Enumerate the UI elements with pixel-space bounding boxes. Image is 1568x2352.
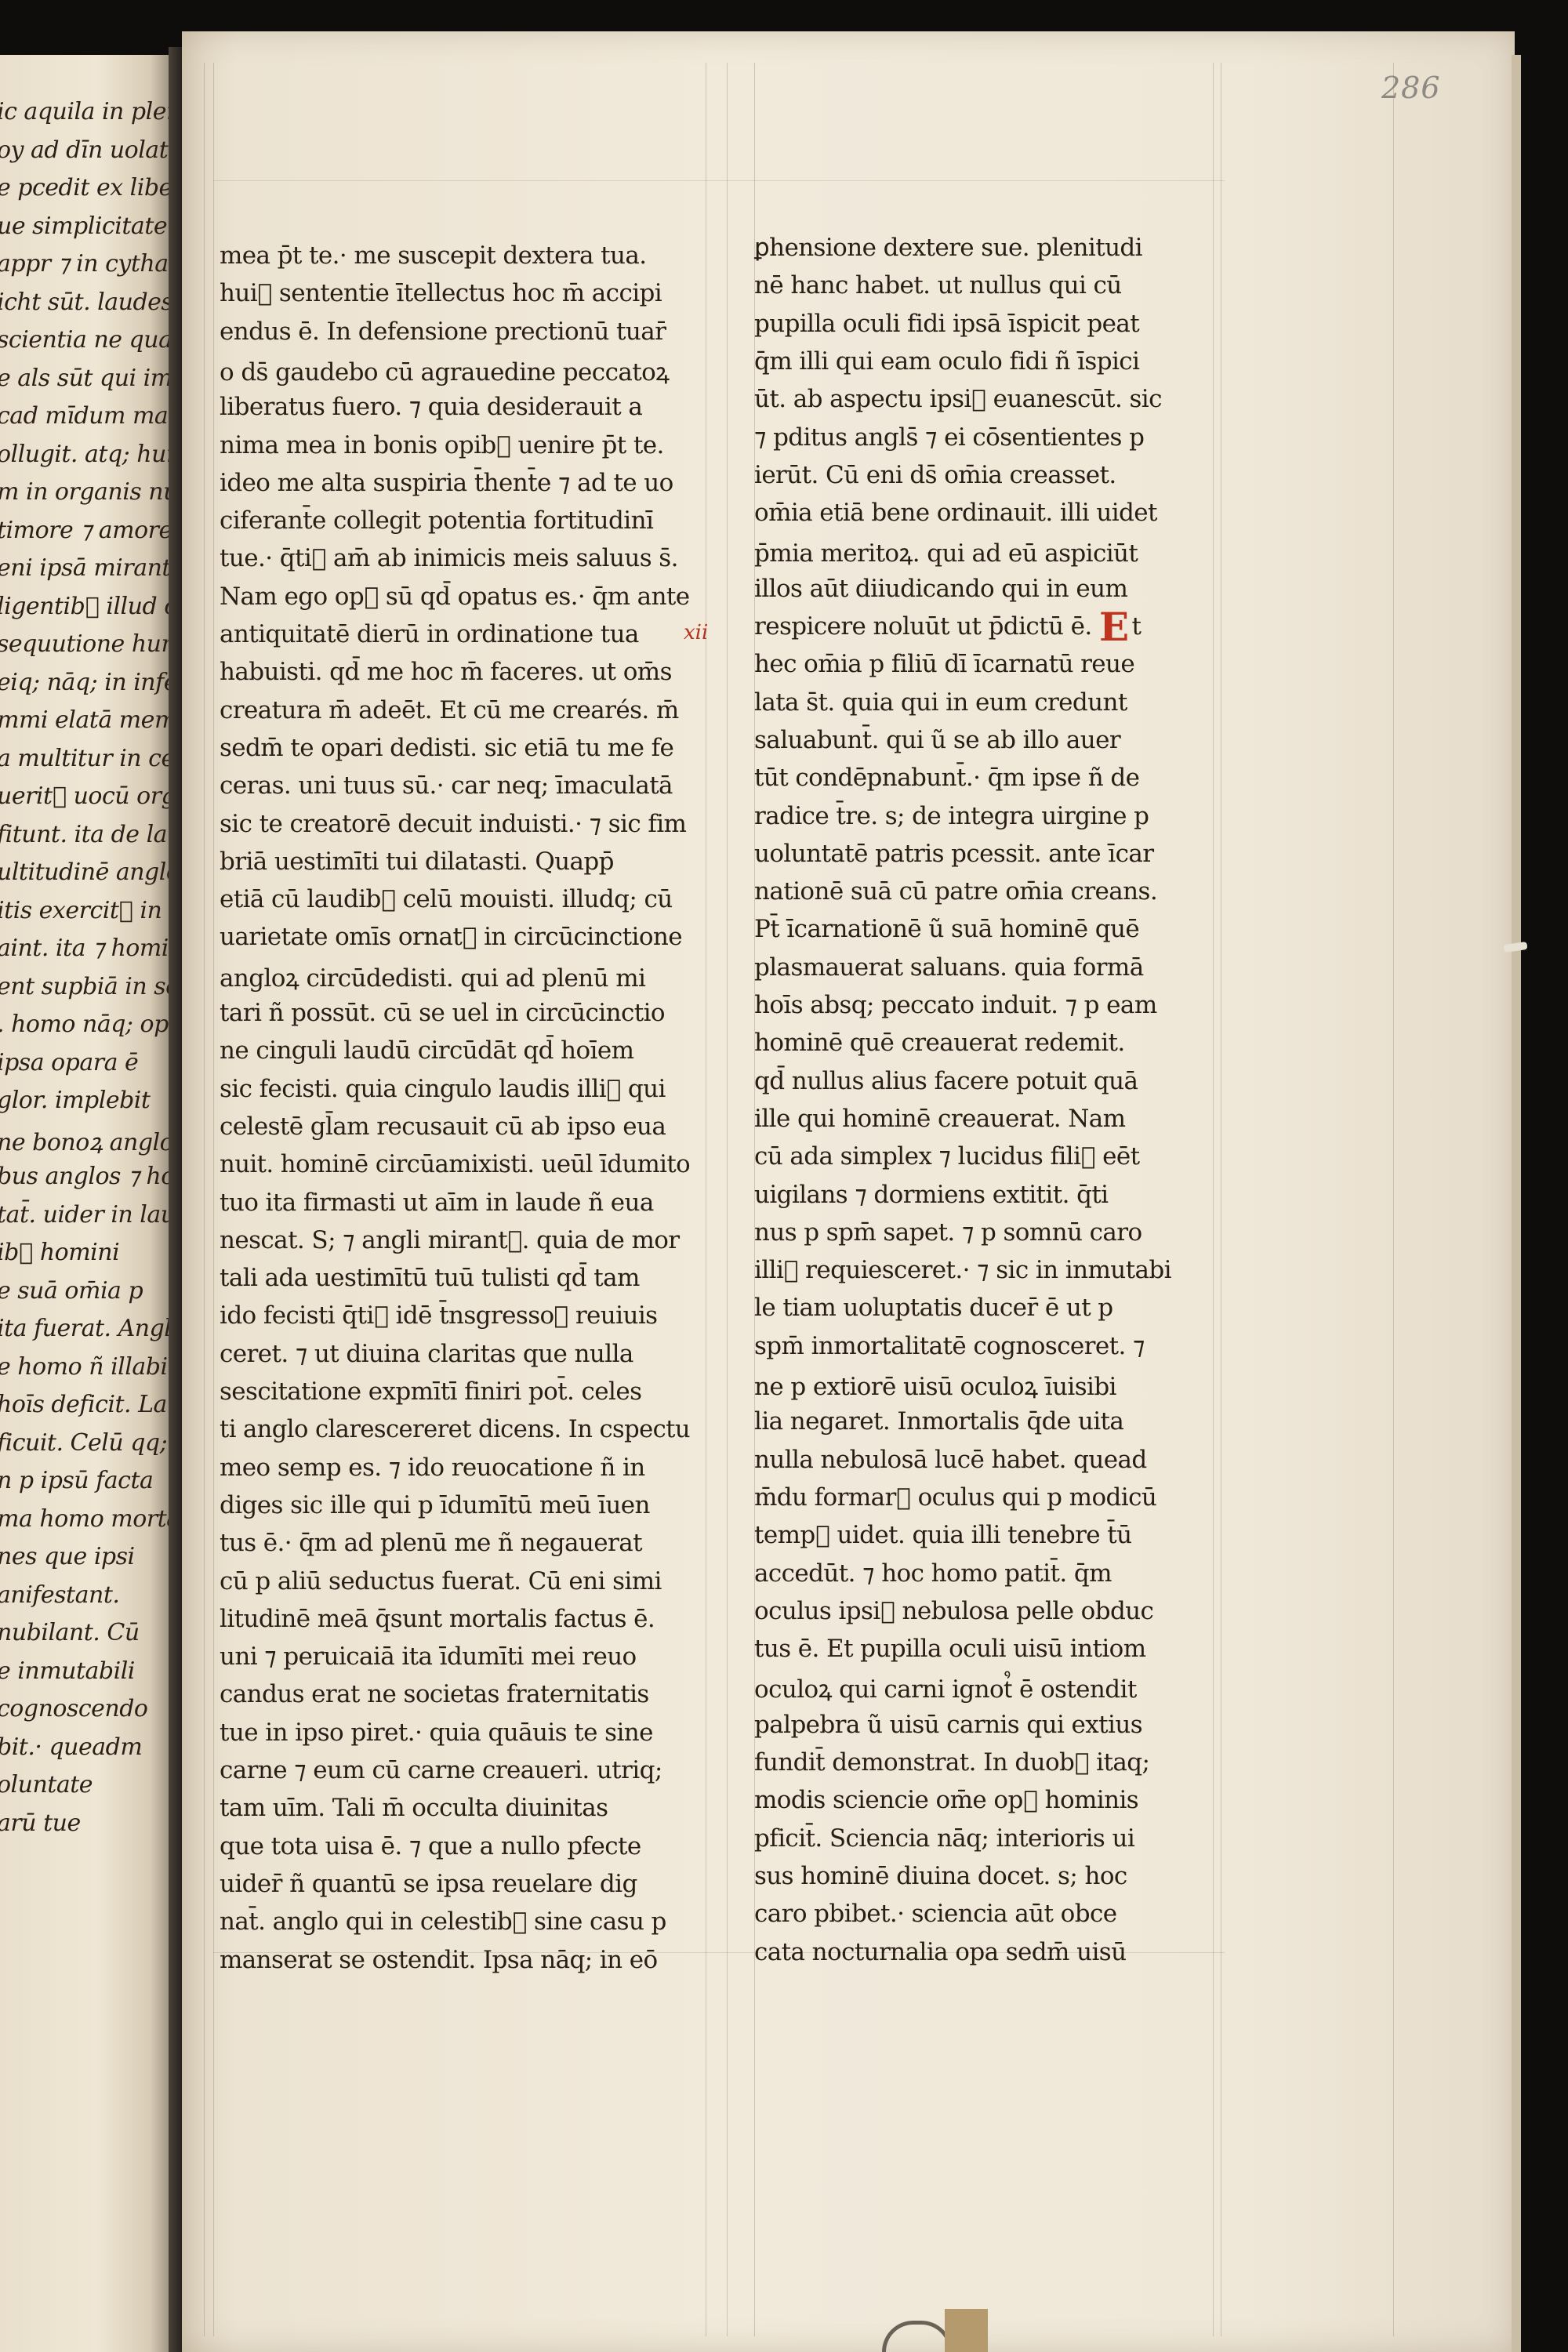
text-line: litudinē meā q̄sunt mortalis factus ē. <box>220 1605 655 1633</box>
facing-page-line: ib᷒ homini <box>0 1239 119 1266</box>
facing-page-line: sequutione humor <box>0 630 176 658</box>
facing-page-line: . homo nāq; op᷒ <box>0 1011 176 1038</box>
manuscript-folio: 286 mea p̄t te.· me suscepit dextera tua… <box>182 31 1515 2352</box>
text-line: sic fecisti. quia cingulo laudis illi᷒ q… <box>220 1075 666 1103</box>
text-line: sic te creatorē decuit induisti.· ⁊ sic … <box>220 810 686 838</box>
facing-page-line: scientia ne quaquā <box>0 326 176 354</box>
text-line: pupilla oculi fidi ipsā īspicit peat <box>754 310 1139 338</box>
initial-continuation: t <box>1131 612 1141 641</box>
text-line: Pt̄ īcarnationē ũ suā hominē quē <box>754 915 1139 943</box>
text-line: manserat se ostendit. Ipsa nāq; in eō <box>220 1946 658 1974</box>
ruling-line <box>213 180 1225 181</box>
facing-page-line: e inmutabili <box>0 1657 135 1685</box>
text-line: nē hanc habet. ut nullus qui cū <box>754 271 1122 299</box>
text-line: ciferant̄e collegit potentia fortitudinī <box>220 506 653 535</box>
facing-page-line: e homo ñ illabit <box>0 1353 176 1381</box>
text-line: tue in ipso piret.· quia quāuis te sine <box>220 1719 653 1747</box>
text-line: sescitatione expmītī finiri pot̄. celes <box>220 1377 641 1406</box>
facing-page-line: e suā om̄ia p <box>0 1277 143 1305</box>
text-line: angloꝝ circūdedisti. qui ad plenū mi <box>220 961 645 994</box>
text-line: que tota uisa ē. ⁊ que a nullo pfecte <box>220 1832 641 1860</box>
text-line: ūt. ab aspectu ipsi᷒ euanescūt. sic <box>754 385 1162 413</box>
facing-page-line: ic aquila in pleno <box>0 98 176 125</box>
text-line: o ds̄ gaudebo cū agrauedine peccatoꝝ <box>220 355 669 388</box>
ruling-line <box>706 63 706 2336</box>
text-line: plasmauerat saluans. quia formā <box>754 953 1144 982</box>
text-line: lia negaret. Inmortalis q̄de uita <box>754 1407 1123 1436</box>
text-line: respicere noluūt ut p̄dictū ē. Et <box>754 612 1141 641</box>
text-line: fundit̄ demonstrat. In duob᷒ itaq; <box>754 1748 1149 1777</box>
text-line: tari ñ possūt. cū se uel in circūcinctio <box>220 999 665 1027</box>
text-line: endus ē. In defensione prectionū tuar̄ <box>220 318 666 346</box>
text-line: accedūt. ⁊ hoc homo patit̄. q̄m <box>754 1559 1112 1588</box>
facing-page-line: ficuit. Celū qq; <box>0 1429 167 1457</box>
text-line: carne ⁊ eum cū carne creaueri. utriq; <box>220 1756 662 1784</box>
facing-page-line: ultitudinē anglo <box>0 858 176 886</box>
ruling-line <box>204 63 205 2336</box>
facing-page-line: n p ipsū facta <box>0 1467 153 1494</box>
text-line: Nam ego op᷒ sū qd̄ opatus es.· q̄m ante <box>220 583 690 611</box>
text-line: ideo me alta suspiria t̄hent̄e ⁊ ad te u… <box>220 469 673 497</box>
facing-page-line: mmi elatā memīi <box>0 706 176 734</box>
facing-page-line: m in organis nulli <box>0 478 176 506</box>
folio-number: 286 <box>1381 71 1441 105</box>
page-tab-marker <box>945 2309 988 2352</box>
text-line: illi᷒ requiesceret.· ⁊ sic in inmutabi <box>754 1256 1171 1284</box>
text-line: uarietate omīs ornat᷒ in circūcinctione <box>220 923 682 951</box>
text-line: q̄m illi qui eam oculo fidi ñ īspici <box>754 347 1139 376</box>
ruling-line <box>727 63 728 2336</box>
text-line: modis sciencie om̄e op᷒ hominis <box>754 1786 1138 1814</box>
text-line: ti anglo clarescereret dicens. In cspect… <box>220 1415 690 1443</box>
text-line: p̄mia meritoꝝ. qui ad eū aspiciūt <box>754 536 1138 569</box>
text-line: hominē quē creauerat redemit. <box>754 1029 1125 1057</box>
text-line: hui᷒ sententie ītellectus hoc m̄ accipi <box>220 279 662 307</box>
text-line: hoīs absq; peccato induit. ⁊ p eam <box>754 991 1157 1019</box>
text-line: ille qui hominē creauerat. Nam <box>754 1105 1125 1133</box>
text-line: antiquitatē dierū in ordinatione tua <box>220 620 639 648</box>
text-line: oculoꝝ qui carni ignot᷒ ē ostendit <box>754 1672 1137 1705</box>
facing-page-line: bit.· queadm <box>0 1733 142 1761</box>
text-line: nationē suā cū patre om̄ia creans. <box>754 877 1157 906</box>
text-line: nus p spm̄ sapet. ⁊ p somnū caro <box>754 1218 1142 1247</box>
folio-edge <box>1512 55 1521 2352</box>
text-line: briā uestimīti tui dilatasti. Quapp̄ <box>220 848 614 876</box>
facing-page-line: bus anglos ⁊ hoi <box>0 1163 176 1190</box>
text-line: ⁊ pditus angls̄ ⁊ ei cōsentientes p <box>754 423 1144 452</box>
facing-page-line: fitunt. ita de laudes <box>0 821 176 848</box>
text-line: tam uīm. Tali m̄ occulta diuinitas <box>220 1794 608 1822</box>
facing-page-line: oluntate <box>0 1771 93 1798</box>
text-line: meo semp es. ⁊ ido reuocatione ñ in <box>220 1454 645 1482</box>
facing-page-line: nubilant. Cū <box>0 1619 140 1646</box>
marginal-rubric-numeral: xii <box>684 621 708 644</box>
text-line: nescat. S; ⁊ angli mirant᷒. quia de mor <box>220 1226 680 1254</box>
facing-page-line: eni ipsā mirantes <box>0 554 176 582</box>
text-line: tus ē. Et pupilla oculi uisū intiom <box>754 1635 1146 1663</box>
facing-page-line: a multitur in celo <box>0 745 176 772</box>
text-line: om̄ia etiā bene ordinauit. illi uidet <box>754 499 1157 527</box>
text-line: tus ē.· q̄m ad plenū me ñ negauerat <box>220 1529 642 1557</box>
facing-page-line: ollugit. atq; humilia <box>0 441 176 468</box>
text-line: saluabunt̄. qui ũ se ab illo auer <box>754 726 1120 754</box>
facing-page-line: ipsa opara ē <box>0 1049 138 1076</box>
text-line: illos aūt diiudicando qui in eum <box>754 575 1127 603</box>
facing-page-line: nes que ipsi <box>0 1543 135 1570</box>
facing-page-line: e pcedit ex liberu <box>0 174 176 201</box>
facing-page-line: anifestant. <box>0 1581 119 1609</box>
text-line: caro pbibet.· sciencia aūt obce <box>754 1900 1116 1928</box>
text-line: pficit̄. Sciencia nāq; interioris ui <box>754 1824 1134 1853</box>
text-line: candus erat ne societas fraternitatis <box>220 1680 649 1708</box>
ruling-line <box>213 63 214 2336</box>
text-line: radice t̄re. s; de integra uirgine p <box>754 802 1149 830</box>
facing-page-line: ita fuerat. Angls <box>0 1315 176 1342</box>
facing-page-line: cad mīdum manip <box>0 402 176 430</box>
text-line: m̄du formar᷒ oculus qui p modicū <box>754 1483 1156 1512</box>
text-line: cata nocturnalia opa sedm̄ uisū <box>754 1938 1126 1966</box>
text-line: lata s̄t. quia qui in eum credunt <box>754 688 1127 717</box>
text-line: sedm̄ te opari dedisti. sic etiā tu me f… <box>220 734 673 762</box>
ruling-line <box>1221 63 1221 2336</box>
text-line: ne p extiorē uisū oculoꝝ īuisibi <box>754 1370 1116 1403</box>
text-line: ceras. uni tuus sū.· car neq; īmaculatā <box>220 771 673 800</box>
facing-page-line: aint. ita ⁊ homin <box>0 935 176 962</box>
text-line: etiā cū laudib᷒ celū mouisti. illudq; cū <box>220 885 673 913</box>
facing-page-line: itis exercit᷒ in <box>0 897 162 924</box>
text-line: celestē gl̄am recusauit cū ab ipso eua <box>220 1112 666 1141</box>
facing-page-line: icht sūt. laudes uerbo <box>0 289 176 316</box>
text-line: hec om̄ia p filiū dī īcarnatū reue <box>754 650 1134 678</box>
facing-page-line: arū tue <box>0 1809 81 1837</box>
text-line: ido fecisti q̄ti᷒ idē t̄nsgressoꝝ reuiui… <box>220 1301 657 1330</box>
text-line: uider̄ ñ quantū se ipsa reuelare dig <box>220 1870 637 1898</box>
text-line: tali ada uestimītū tuū tulisti qd̄ tam <box>220 1264 640 1292</box>
facing-page-line: hoīs deficit. Laud <box>0 1391 176 1418</box>
text-line: tūt condēpnabunt̄.· q̄m ipse ñ de <box>754 764 1139 792</box>
text-line: le tiam uoluptatis ducer̄ ē ut p <box>754 1294 1113 1322</box>
text-line: nulla nebulosā lucē habet. quead <box>754 1446 1147 1474</box>
rubricated-initial: E <box>1099 615 1129 639</box>
text-line: habuisti. qd̄ me hoc m̄ faceres. ut om̄s <box>220 658 672 686</box>
text-line: cū p aliū seductus fuerat. Cū eni simi <box>220 1567 662 1595</box>
text-line: ꝑhensione dextere sue. plenitudi <box>754 234 1142 262</box>
facing-page-line: tat̄. uider in laud <box>0 1201 176 1229</box>
text-line: uigilans ⁊ dormiens extitit. q̄ti <box>754 1181 1109 1209</box>
text-line: oculus ipsi᷒ nebulosa pelle obduc <box>754 1597 1153 1625</box>
text-line: uoluntatē patris pcessit. ante īcar <box>754 840 1153 868</box>
facing-page-line: ue simplicitate dī <box>0 212 176 240</box>
facing-page-line: e als sūt qui imm <box>0 365 176 392</box>
ruling-line <box>1213 63 1214 2336</box>
facing-page: ic aquila in plenooy ad dīn uolat funde … <box>0 55 176 2352</box>
facing-page-line: ma homo mortali <box>0 1505 176 1533</box>
text-line: qd̄ nullus alius facere potuit quā <box>754 1067 1138 1095</box>
text-line: spm̄ inmortalitatē cognosceret. ⁊ <box>754 1332 1145 1360</box>
facing-page-line: ne bonoꝝ anglo <box>0 1125 173 1157</box>
facing-page-line: uerit᷒ uocū organa <box>0 782 176 810</box>
facing-page-line: cognoscendo <box>0 1695 148 1722</box>
text-line: sus hominē diuina docet. s; hoc <box>754 1862 1127 1890</box>
text-line: ierūt. Cū eni ds̄ om̄ia creasset. <box>754 461 1116 489</box>
text-line: tue.· q̄ti᷒ am̄ ab inimicis meis saluus … <box>220 544 678 572</box>
text-line: ne cinguli laudū circūdāt qd̄ hoīem <box>220 1036 633 1065</box>
facing-page-line: ent supbiā in se <box>0 973 176 1000</box>
facing-page-line: eiq; nāq; in infernū <box>0 669 176 696</box>
text-line: liberatus fuero. ⁊ quia desiderauit a <box>220 393 642 421</box>
facing-page-line: timore ⁊ amore <box>0 517 172 544</box>
facing-page-line: oy ad dīn uolat fund <box>0 136 176 164</box>
text-line: diges sic ille qui p īdumītū meū īuen <box>220 1491 650 1519</box>
facing-page-line: glor. implebit <box>0 1087 150 1114</box>
text-line: nuit. hominē circūamixisti. ueūl īdumito <box>220 1150 690 1178</box>
text-line: cū ada simplex ⁊ lucidus fili᷒ eēt <box>754 1142 1140 1171</box>
text-line: mea p̄t te.· me suscepit dextera tua. <box>220 241 647 270</box>
text-line: palpebra ũ uisū carnis qui extius <box>754 1711 1142 1739</box>
ruling-line <box>1393 63 1394 2336</box>
text-line: nima mea in bonis opib᷒ uenire p̄t te. <box>220 431 664 459</box>
text-line: tuo ita firmasti ut aīm in laude ñ eua <box>220 1189 654 1217</box>
text-line: nat̄. anglo qui in celestib᷒ sine casu p <box>220 1907 666 1936</box>
text-line: temp᷒ uidet. quia illi tenebre t̄ū <box>754 1521 1132 1549</box>
facing-page-line: ligentib᷒ illud cla <box>0 593 176 620</box>
text-line: uni ⁊ peruicaiā ita īdumīti mei reuo <box>220 1642 637 1671</box>
text-line: ceret. ⁊ ut diuina claritas que nulla <box>220 1340 633 1368</box>
facing-page-line: appr ⁊ in cythara <box>0 250 176 278</box>
text-line: creatura m̄ adeēt. Et cū me crearés. m̄ <box>220 696 679 724</box>
